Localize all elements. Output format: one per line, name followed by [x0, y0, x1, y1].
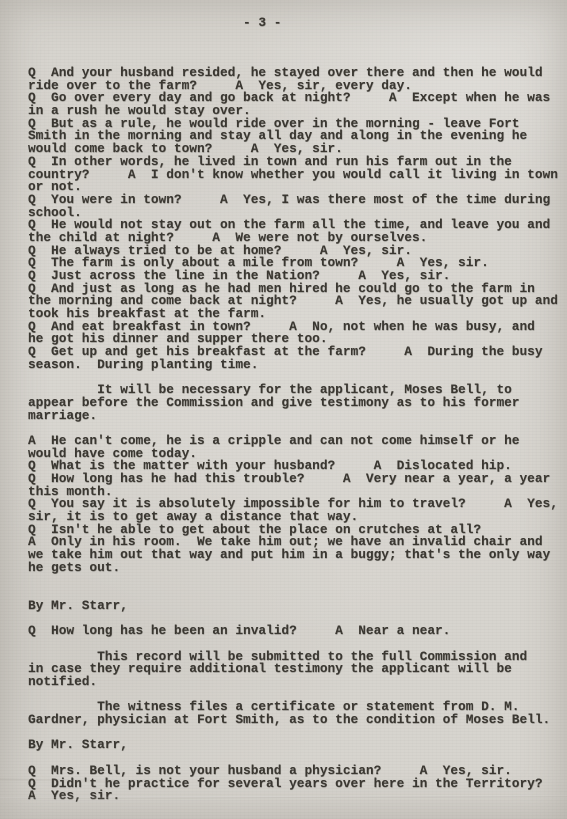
text-line: By Mr. Starr, [28, 739, 563, 752]
text-line [28, 575, 563, 588]
text-line: season. During planting time. [28, 359, 563, 372]
text-line: Gardner, physician at Fort Smith, as to … [28, 714, 563, 727]
text-line: Q How long has he been an invalid? A Nea… [28, 625, 563, 638]
text-line: Q You were in town? A Yes, I was there m… [28, 194, 563, 207]
text-line: By Mr. Starr, [28, 600, 563, 613]
scanned-page: - 3 - Q And your husband resided, he sta… [0, 0, 567, 819]
text-line: in case they require additional testimon… [28, 663, 563, 676]
text-line: notified. [28, 676, 563, 689]
testimony-text: Q And your husband resided, he stayed ov… [28, 67, 563, 803]
text-line: he gets out. [28, 562, 563, 575]
text-line: country? A I don't know whether you woul… [28, 169, 563, 182]
page-number: - 3 - [243, 15, 281, 30]
text-line: marriage. [28, 410, 563, 423]
text-line: appear before the Commission and give te… [28, 397, 563, 410]
